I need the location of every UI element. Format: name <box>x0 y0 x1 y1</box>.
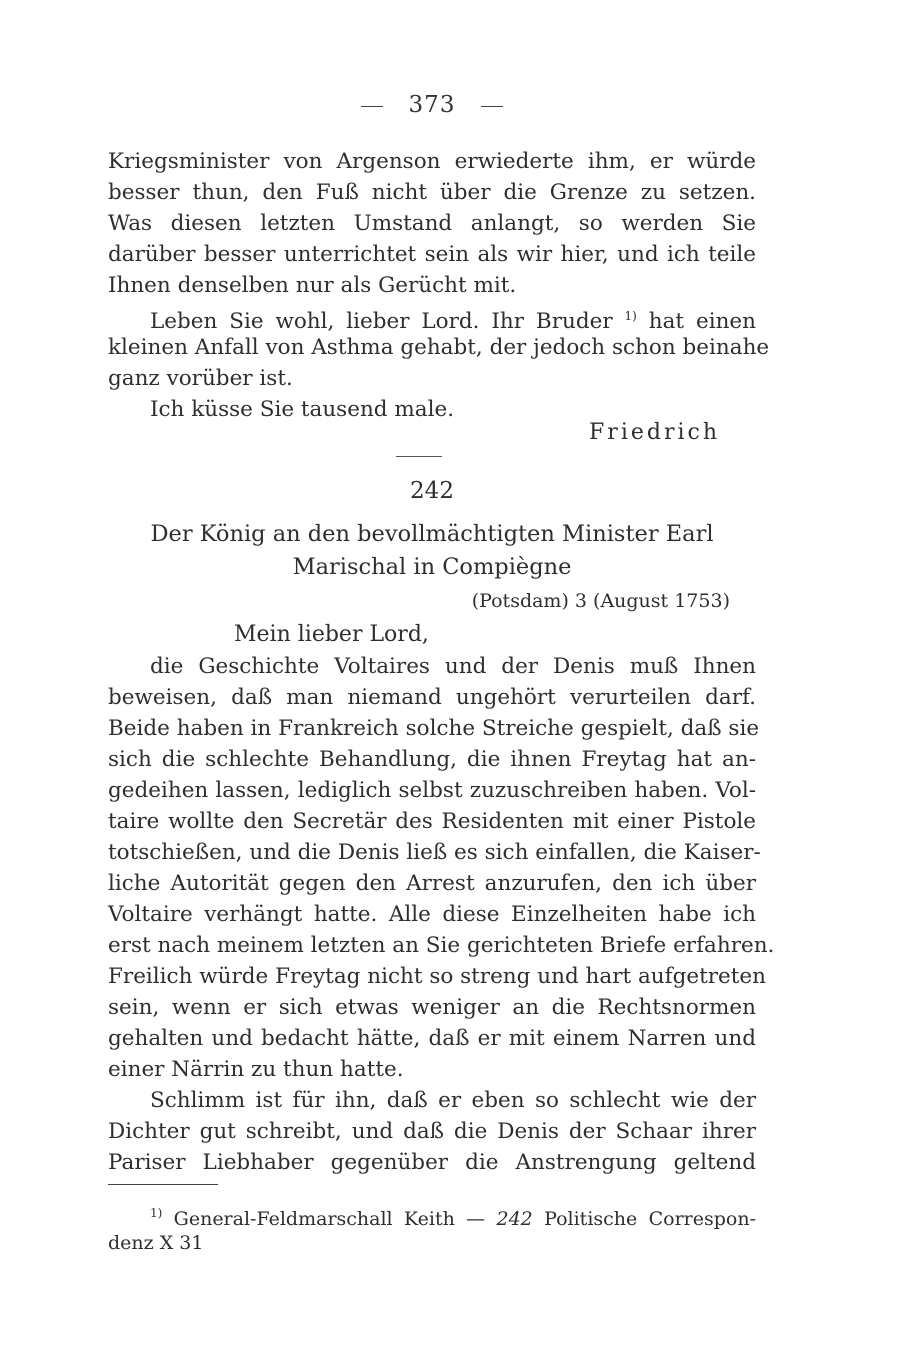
footnotes: 1) General-Feldmarschall Keith — 242 Pol… <box>108 1198 756 1258</box>
dash-right <box>481 106 503 107</box>
page-number: 373 <box>108 92 756 118</box>
text-line: darüber besser unterrichtet sein als wir… <box>108 239 756 270</box>
text-line: Leben Sie wohl, lieber Lord. Ihr Bruder … <box>108 301 756 332</box>
continuation-text: Kriegsminister von Argenson erwiederte i… <box>108 146 756 425</box>
text-fragment: hat einen <box>649 309 756 334</box>
footnote-ref: 1) <box>625 309 637 323</box>
signature: Friedrich <box>589 420 720 445</box>
text-line: Beide haben in Frankreich solche Streich… <box>108 713 756 744</box>
text-line: Pariser Liebhaber gegenüber die Anstreng… <box>108 1147 756 1178</box>
letter-number: 242 <box>108 478 756 504</box>
text-line: gedeihen lassen, lediglich selbst zuzusc… <box>108 775 756 806</box>
text-line: Schlimm ist für ihn, daß er eben so schl… <box>108 1085 756 1116</box>
text-line: erst nach meinem letzten an Sie gerichte… <box>108 930 756 961</box>
footnote-line: denz X 31 <box>108 1228 756 1258</box>
text-line: totschießen, und die Denis ließ es sich … <box>108 837 756 868</box>
salutation: Mein lieber Lord, <box>234 622 429 647</box>
text-line: Ihnen denselben nur als Gerücht mit. <box>108 270 756 301</box>
text-line: kleinen Anfall von Asthma gehabt, der je… <box>108 332 756 363</box>
dateline: (Potsdam) 3 (August 1753) <box>472 590 730 612</box>
text-line: Voltaire verhängt hatte. Alle diese Einz… <box>108 899 756 930</box>
section-separator <box>396 456 442 457</box>
title-line: Der König an den bevollmächtigten Minist… <box>108 518 756 551</box>
footnote-rule <box>108 1184 218 1185</box>
text-line: sein, wenn er sich etwas weniger an die … <box>108 992 756 1023</box>
text-line: Was diesen letzten Umstand anlangt, so w… <box>108 208 756 239</box>
footnote-line: 1) General-Feldmarschall Keith — 242 Pol… <box>108 1198 756 1228</box>
footnote-text: Politische Correspon- <box>544 1208 756 1230</box>
text-line: liche Autorität gegen den Arrest anzuruf… <box>108 868 756 899</box>
text-line: einer Närrin zu thun hatte. <box>108 1054 756 1085</box>
text-line: taire wollte den Secretär des Residenten… <box>108 806 756 837</box>
letter-body: die Geschichte Voltaires und der Denis m… <box>108 651 756 1178</box>
footnote-letter-ref: 242 <box>496 1208 532 1230</box>
footnote-text: General-Feldmarschall Keith — <box>174 1208 486 1230</box>
text-fragment: Leben Sie wohl, lieber Lord. Ihr Bruder <box>150 309 613 334</box>
letter-title: Der König an den bevollmächtigten Minist… <box>108 518 756 584</box>
text-line: gehalten und bedacht hätte, daß er mit e… <box>108 1023 756 1054</box>
text-line: Freilich würde Freytag nicht so streng u… <box>108 961 756 992</box>
text-line: Dichter gut schreibt, und daß die Denis … <box>108 1116 756 1147</box>
text-line: sich die schlechte Behandlung, die ihnen… <box>108 744 756 775</box>
page-number-text: 373 <box>409 92 456 118</box>
footnote-marker: 1) <box>150 1206 162 1220</box>
text-line: besser thun, den Fuß nicht über die Gren… <box>108 177 756 208</box>
dash-left <box>361 106 383 107</box>
text-line: die Geschichte Voltaires und der Denis m… <box>108 651 756 682</box>
text-line: ganz vorüber ist. <box>108 363 756 394</box>
text-line: Kriegsminister von Argenson erwiederte i… <box>108 146 756 177</box>
title-line: Marischal in Compiègne <box>108 551 756 584</box>
text-line: beweisen, daß man niemand ungehört verur… <box>108 682 756 713</box>
